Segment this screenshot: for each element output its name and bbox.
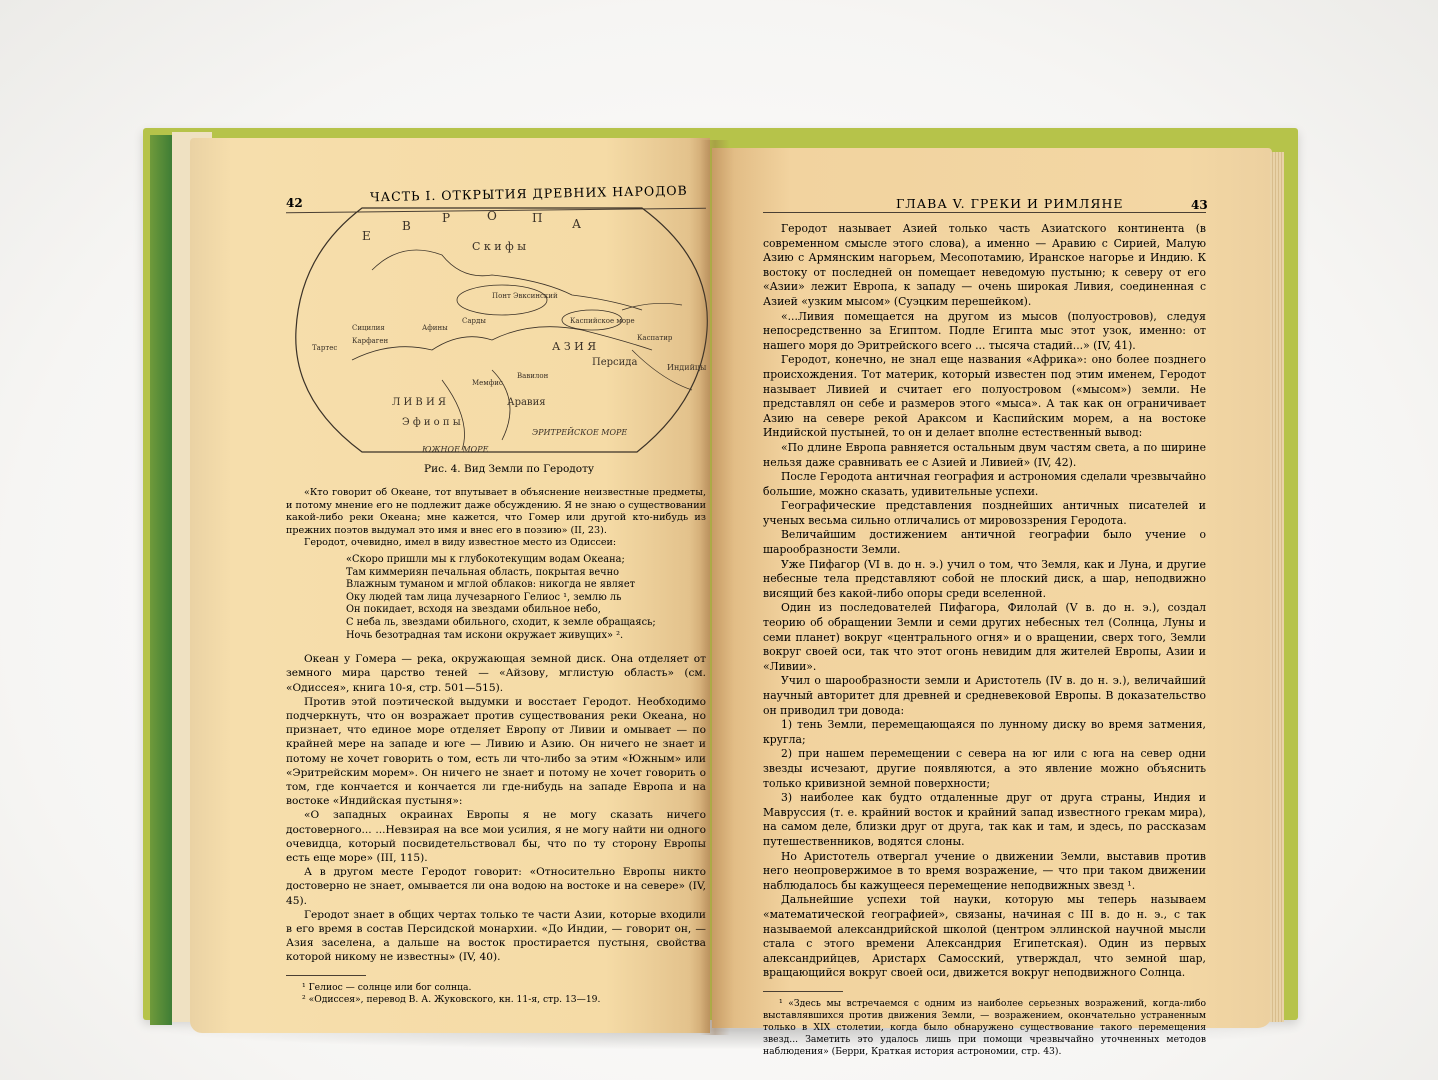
herodotus-quote: «Кто говорит об Океане, тот впутывает в … bbox=[286, 487, 706, 537]
left-body-text: «Кто говорит об Океане, тот впутывает в … bbox=[286, 487, 706, 1006]
paragraph: А в другом месте Геродот говорит: «Относ… bbox=[286, 865, 706, 908]
right-header-rule bbox=[763, 212, 1206, 213]
verse-line: Оку людей там лица лучезарного Гелиос ¹,… bbox=[346, 592, 706, 605]
svg-text:Вавилон: Вавилон bbox=[517, 372, 549, 380]
svg-text:Карфаген: Карфаген bbox=[352, 337, 389, 345]
left-footnotes: ¹ Гелиос — солнце или бог солнца. ² «Оди… bbox=[286, 982, 706, 1006]
svg-text:Афины: Афины bbox=[422, 324, 448, 332]
right-footnotes: ¹ «Здесь мы встречаемся с одним из наибо… bbox=[763, 998, 1206, 1058]
right-body-text: Геродот называет Азией только часть Азиа… bbox=[763, 222, 1206, 1058]
cover-spine-strip bbox=[150, 135, 172, 1025]
verse-line: Ночь безотрадная там искони окружает жив… bbox=[346, 630, 706, 643]
paragraph: Океан у Гомера — река, окружающая земной… bbox=[286, 652, 706, 695]
paragraph: Геродот, конечно, не знал еще названия «… bbox=[763, 353, 1206, 441]
svg-text:Аравия: Аравия bbox=[507, 397, 546, 408]
svg-text:Понт Эвксинский: Понт Эвксинский bbox=[492, 292, 558, 300]
footnote-rule bbox=[763, 991, 843, 992]
paragraph: 2) при нашем перемещении с севера на юг … bbox=[763, 747, 1206, 791]
verse-line: Там киммериян печальная область, покрыта… bbox=[346, 567, 706, 580]
svg-text:Е: Е bbox=[362, 229, 371, 243]
svg-text:Э ф и о п ы: Э ф и о п ы bbox=[402, 417, 461, 428]
svg-text:Тартес: Тартес bbox=[312, 344, 337, 352]
footnote-rule bbox=[286, 975, 366, 976]
verse-line: С неба ль, звездами обильного, сходит, к… bbox=[346, 617, 706, 630]
paragraph: Один из последователей Пифагора, Филолай… bbox=[763, 601, 1206, 674]
verse-line: «Скоро пришли мы к глубокотекущим водам … bbox=[346, 554, 706, 567]
svg-text:Сарды: Сарды bbox=[462, 317, 486, 325]
paragraph: Геродот называет Азией только часть Азиа… bbox=[763, 222, 1206, 310]
paragraph: «По длине Европа равняется остальным дву… bbox=[763, 441, 1206, 470]
paragraph: Геродот знает в общих чертах только те ч… bbox=[286, 908, 706, 965]
paragraph: «О западных окраинах Европы я не могу ск… bbox=[286, 808, 706, 865]
svg-text:Сицилия: Сицилия bbox=[352, 324, 385, 332]
footnote: ¹ Гелиос — солнце или бог солнца. bbox=[286, 982, 706, 994]
paragraph: «...Ливия помещается на другом из мысов … bbox=[763, 310, 1206, 354]
svg-text:ЮЖНОЕ МОРЕ: ЮЖНОЕ МОРЕ bbox=[421, 445, 489, 454]
paragraph: Дальнейшие успехи той науки, которую мы … bbox=[763, 893, 1206, 981]
paragraph: Но Аристотель отвергал учение о движении… bbox=[763, 850, 1206, 894]
paragraph: Учил о шарообразности земли и Аристотель… bbox=[763, 674, 1206, 718]
svg-text:А: А bbox=[572, 217, 581, 231]
svg-text:А З И Я: А З И Я bbox=[552, 340, 596, 353]
svg-text:Персида: Персида bbox=[592, 357, 637, 368]
svg-text:П: П bbox=[532, 211, 542, 225]
svg-text:О: О bbox=[487, 209, 497, 223]
svg-text:Л И В И Я: Л И В И Я bbox=[392, 397, 446, 408]
page-edges bbox=[1270, 152, 1284, 1022]
verse-intro: Геродот, очевидно, имел в виду известное… bbox=[286, 537, 706, 550]
odyssey-verse: «Скоро пришли мы к глубокотекущим водам … bbox=[346, 554, 706, 642]
herodotus-world-map: Е В Р О П А С к и ф ы Понт Эвксинский Ка… bbox=[292, 200, 712, 458]
right-page-number: 43 bbox=[1191, 198, 1208, 212]
verse-line: Он покидает, всходя на звездами обильное… bbox=[346, 604, 706, 617]
right-running-head: ГЛАВА V. ГРЕКИ И РИМЛЯНЕ bbox=[896, 196, 1124, 211]
paragraph: 1) тень Земли, перемещающаяся по лунному… bbox=[763, 718, 1206, 747]
svg-text:Р: Р bbox=[442, 211, 450, 225]
svg-text:В: В bbox=[402, 219, 411, 233]
footnote: ¹ «Здесь мы встречаемся с одним из наибо… bbox=[763, 998, 1206, 1058]
footnote: ² «Одиссея», перевод В. А. Жуковского, к… bbox=[286, 994, 706, 1006]
svg-text:Мемфис: Мемфис bbox=[472, 379, 503, 387]
verse-line: Влажным туманом и мглой облаков: никогда… bbox=[346, 579, 706, 592]
paragraph: Величайшим достижением античной географи… bbox=[763, 528, 1206, 557]
svg-text:Каспийское море: Каспийское море bbox=[570, 317, 635, 325]
paragraph: Географические представления позднейших … bbox=[763, 499, 1206, 528]
paragraph: Против этой поэтической выдумки и восста… bbox=[286, 695, 706, 809]
paragraph: 3) наиболее как будто отдаленные друг от… bbox=[763, 791, 1206, 849]
svg-text:ЭРИТРЕЙСКОЕ МОРЕ: ЭРИТРЕЙСКОЕ МОРЕ bbox=[532, 427, 627, 437]
figure-caption: Рис. 4. Вид Земли по Геродоту bbox=[424, 463, 594, 475]
svg-text:С к и ф ы: С к и ф ы bbox=[472, 240, 526, 253]
paragraph: Уже Пифагор (VI в. до н. э.) учил о том,… bbox=[763, 558, 1206, 602]
paragraph: После Геродота античная география и астр… bbox=[763, 470, 1206, 499]
svg-text:Каспатир: Каспатир bbox=[637, 334, 673, 342]
